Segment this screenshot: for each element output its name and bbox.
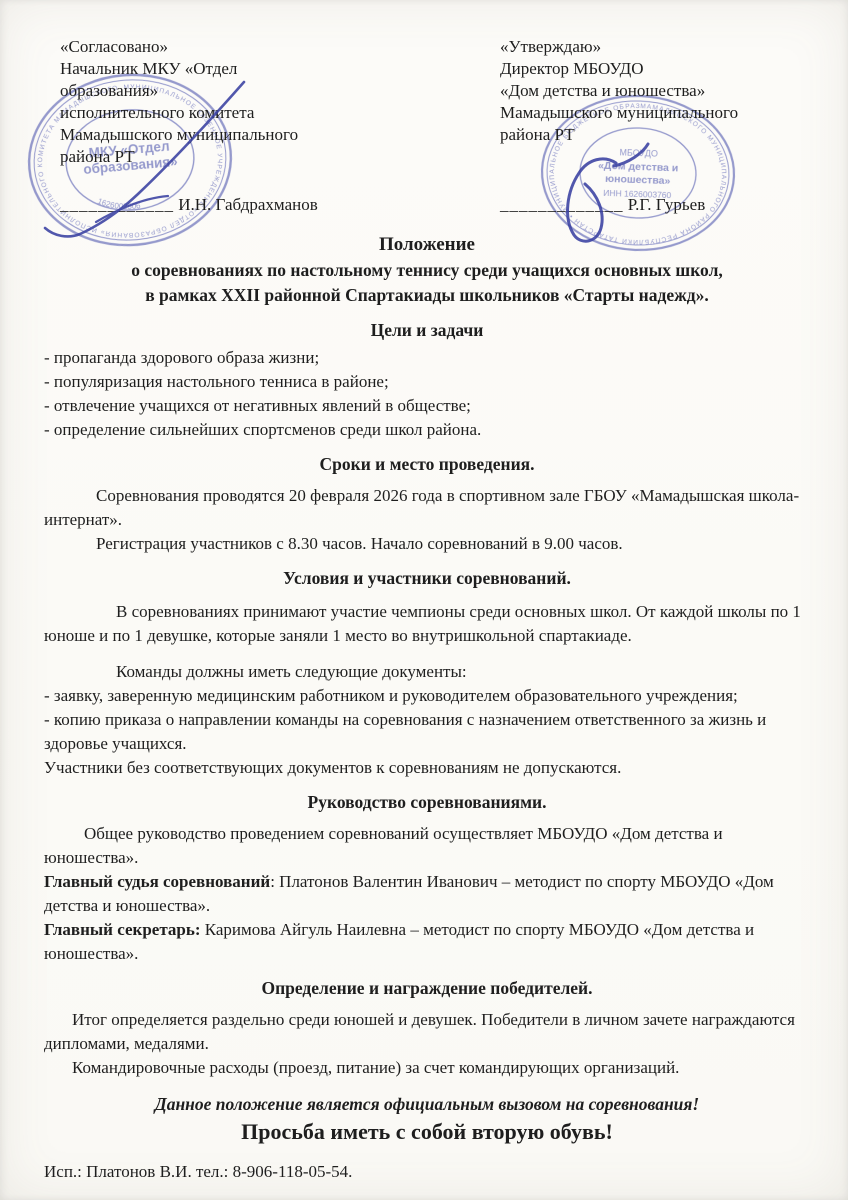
section-heading-schedule: Сроки и место проведения. <box>44 452 810 476</box>
approval-left-line: Начальник МКУ «Отдел <box>60 58 365 80</box>
schedule-paragraph: Регистрация участников с 8.30 часов. Нач… <box>44 532 810 556</box>
document-title: Положение <box>44 232 810 258</box>
section-heading-leadership: Руководство соревнованиями. <box>44 790 810 814</box>
awards-paragraph: Командировочные расходы (проезд, питание… <box>44 1056 810 1080</box>
approval-left-line: Мамадышского муниципального <box>60 124 365 146</box>
signature-line: _____________ <box>500 195 624 214</box>
approval-right-line: «Дом детства и юношества» <box>500 80 796 102</box>
conditions-paragraph: Команды должны иметь следующие документы… <box>44 660 810 684</box>
official-call-line: Данное положение является официальным вы… <box>44 1092 810 1116</box>
conditions-paragraph: В соревнованиях принимают участие чемпио… <box>44 600 810 648</box>
signature-row-right: _____________ Р.Г. Гурьев <box>500 194 796 216</box>
approval-right-line: района РТ <box>500 124 796 146</box>
contact-line: Исп.: Платонов В.И. тел.: 8-906-118-05-5… <box>44 1160 810 1184</box>
signature-line: ____________ <box>60 195 174 214</box>
leadership-paragraph: Общее руководство проведением соревнован… <box>44 822 810 870</box>
document-subtitle-line1: о соревнованиях по настольному теннису с… <box>44 258 810 283</box>
signer-name-right: Р.Г. Гурьев <box>628 195 706 214</box>
shoes-notice-line: Просьба иметь с собой вторую обувь! <box>44 1116 810 1148</box>
schedule-paragraph: Соревнования проводятся 20 февраля 2026 … <box>44 484 810 532</box>
document-subtitle-line2: в рамках XXII районной Спартакиады школь… <box>44 283 810 308</box>
section-heading-goals: Цели и задачи <box>44 318 810 342</box>
document-page: МУНИЦИПАЛЬНОЕ КАЗЕННОЕ УЧРЕЖДЕНИЕ «ОТДЕЛ… <box>0 0 848 1200</box>
document-list-item: - копию приказа о направлении команды на… <box>44 708 810 756</box>
approval-left-line: района РТ <box>60 146 365 168</box>
chief-secretary-line: Главный секретарь: Каримова Айгуль Наиле… <box>44 918 810 966</box>
awards-paragraph: Итог определяется раздельно среди юношей… <box>44 1008 810 1056</box>
signature-row-left: ____________ И.Н. Габдрахманов <box>60 194 365 216</box>
approval-right-line: «Утверждаю» <box>500 36 796 58</box>
approval-left-line: исполнительного комитета <box>60 102 365 124</box>
chief-secretary-label: Главный секретарь: <box>44 920 201 939</box>
conditions-paragraph: Участники без соответствующих документов… <box>44 756 810 780</box>
goal-item: - пропаганда здорового образа жизни; <box>44 346 810 370</box>
chief-judge-line: Главный судья соревнований: Платонов Вал… <box>44 870 810 918</box>
section-heading-awards: Определение и награждение победителей. <box>44 976 810 1000</box>
signer-name-left: И.Н. Габдрахманов <box>178 195 318 214</box>
approval-left-line: «Согласовано» <box>60 36 365 58</box>
approval-block-left: «Согласовано» Начальник МКУ «Отдел образ… <box>60 36 365 216</box>
goal-item: - популяризация настольного тенниса в ра… <box>44 370 810 394</box>
approval-block-right: «Утверждаю» Директор МБОУДО «Дом детства… <box>500 36 796 216</box>
chief-judge-label: Главный судья соревнований <box>44 872 270 891</box>
section-heading-conditions: Условия и участники соревнований. <box>44 566 810 590</box>
goal-item: - определение сильнейших спортсменов сре… <box>44 418 810 442</box>
document-list-item: - заявку, заверенную медицинским работни… <box>44 684 810 708</box>
approval-header: «Согласовано» Начальник МКУ «Отдел образ… <box>0 0 848 216</box>
approval-right-line: Мамадышского муниципального <box>500 102 796 124</box>
approval-left-line: образования» <box>60 80 365 102</box>
goal-item: - отвлечение учащихся от негативных явле… <box>44 394 810 418</box>
approval-right-line: Директор МБОУДО <box>500 58 796 80</box>
document-body: Положение о соревнованиях по настольному… <box>0 232 848 1184</box>
